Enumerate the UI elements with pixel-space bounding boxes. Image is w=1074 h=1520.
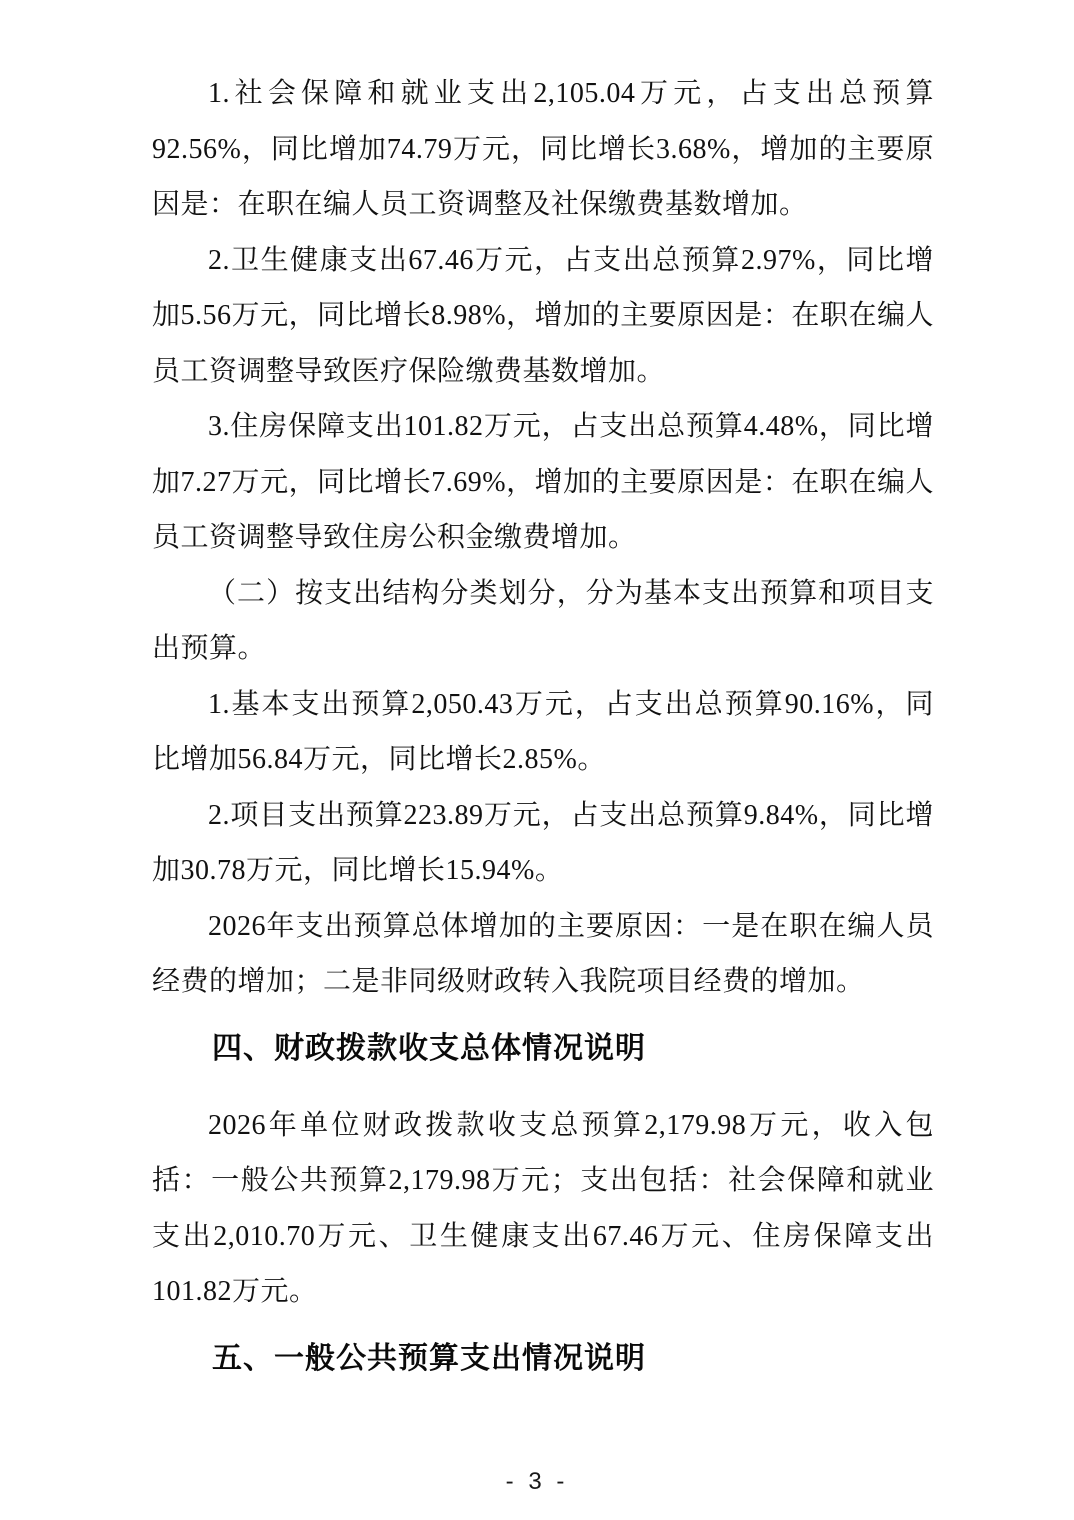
- para-budget-increase-reasons: 2026年支出预算总体增加的主要原因：一是在职在编人员经费的增加；二是非同级财政…: [152, 899, 934, 1010]
- page-number: - 3 -: [506, 1468, 569, 1495]
- page-footer: - 3 -: [0, 1468, 1074, 1496]
- para-basic-expenditure-budget: 1.基本支出预算2,050.43万元，占支出总预算90.16%，同比增加56.8…: [152, 677, 934, 788]
- para-social-security-employment-expenditure: 1.社会保障和就业支出2,105.04万元，占支出总预算92.56%，同比增加7…: [152, 66, 934, 233]
- para-fiscal-appropriation-summary: 2026年单位财政拨款收支总预算2,179.98万元，收入包括：一般公共预算2,…: [152, 1098, 934, 1320]
- para-project-expenditure-budget: 2.项目支出预算223.89万元，占支出总预算9.84%，同比增加30.78万元…: [152, 788, 934, 899]
- para-housing-security-expenditure: 3.住房保障支出101.82万元，占支出总预算4.48%，同比增加7.27万元，…: [152, 399, 934, 566]
- document-body: 1.社会保障和就业支出2,105.04万元，占支出总预算92.56%，同比增加7…: [152, 0, 934, 1408]
- para-expenditure-structure-classification: （二）按支出结构分类划分，分为基本支出预算和项目支出预算。: [152, 566, 934, 677]
- heading-section-5-general-public-budget-expenditure: 五、一般公共预算支出情况说明: [152, 1335, 934, 1383]
- document-page: 1.社会保障和就业支出2,105.04万元，占支出总预算92.56%，同比增加7…: [0, 0, 1074, 1520]
- heading-section-4-fiscal-appropriation-overview: 四、财政拨款收支总体情况说明: [152, 1025, 934, 1073]
- para-health-expenditure: 2.卫生健康支出67.46万元，占支出总预算2.97%，同比增加5.56万元，同…: [152, 233, 934, 400]
